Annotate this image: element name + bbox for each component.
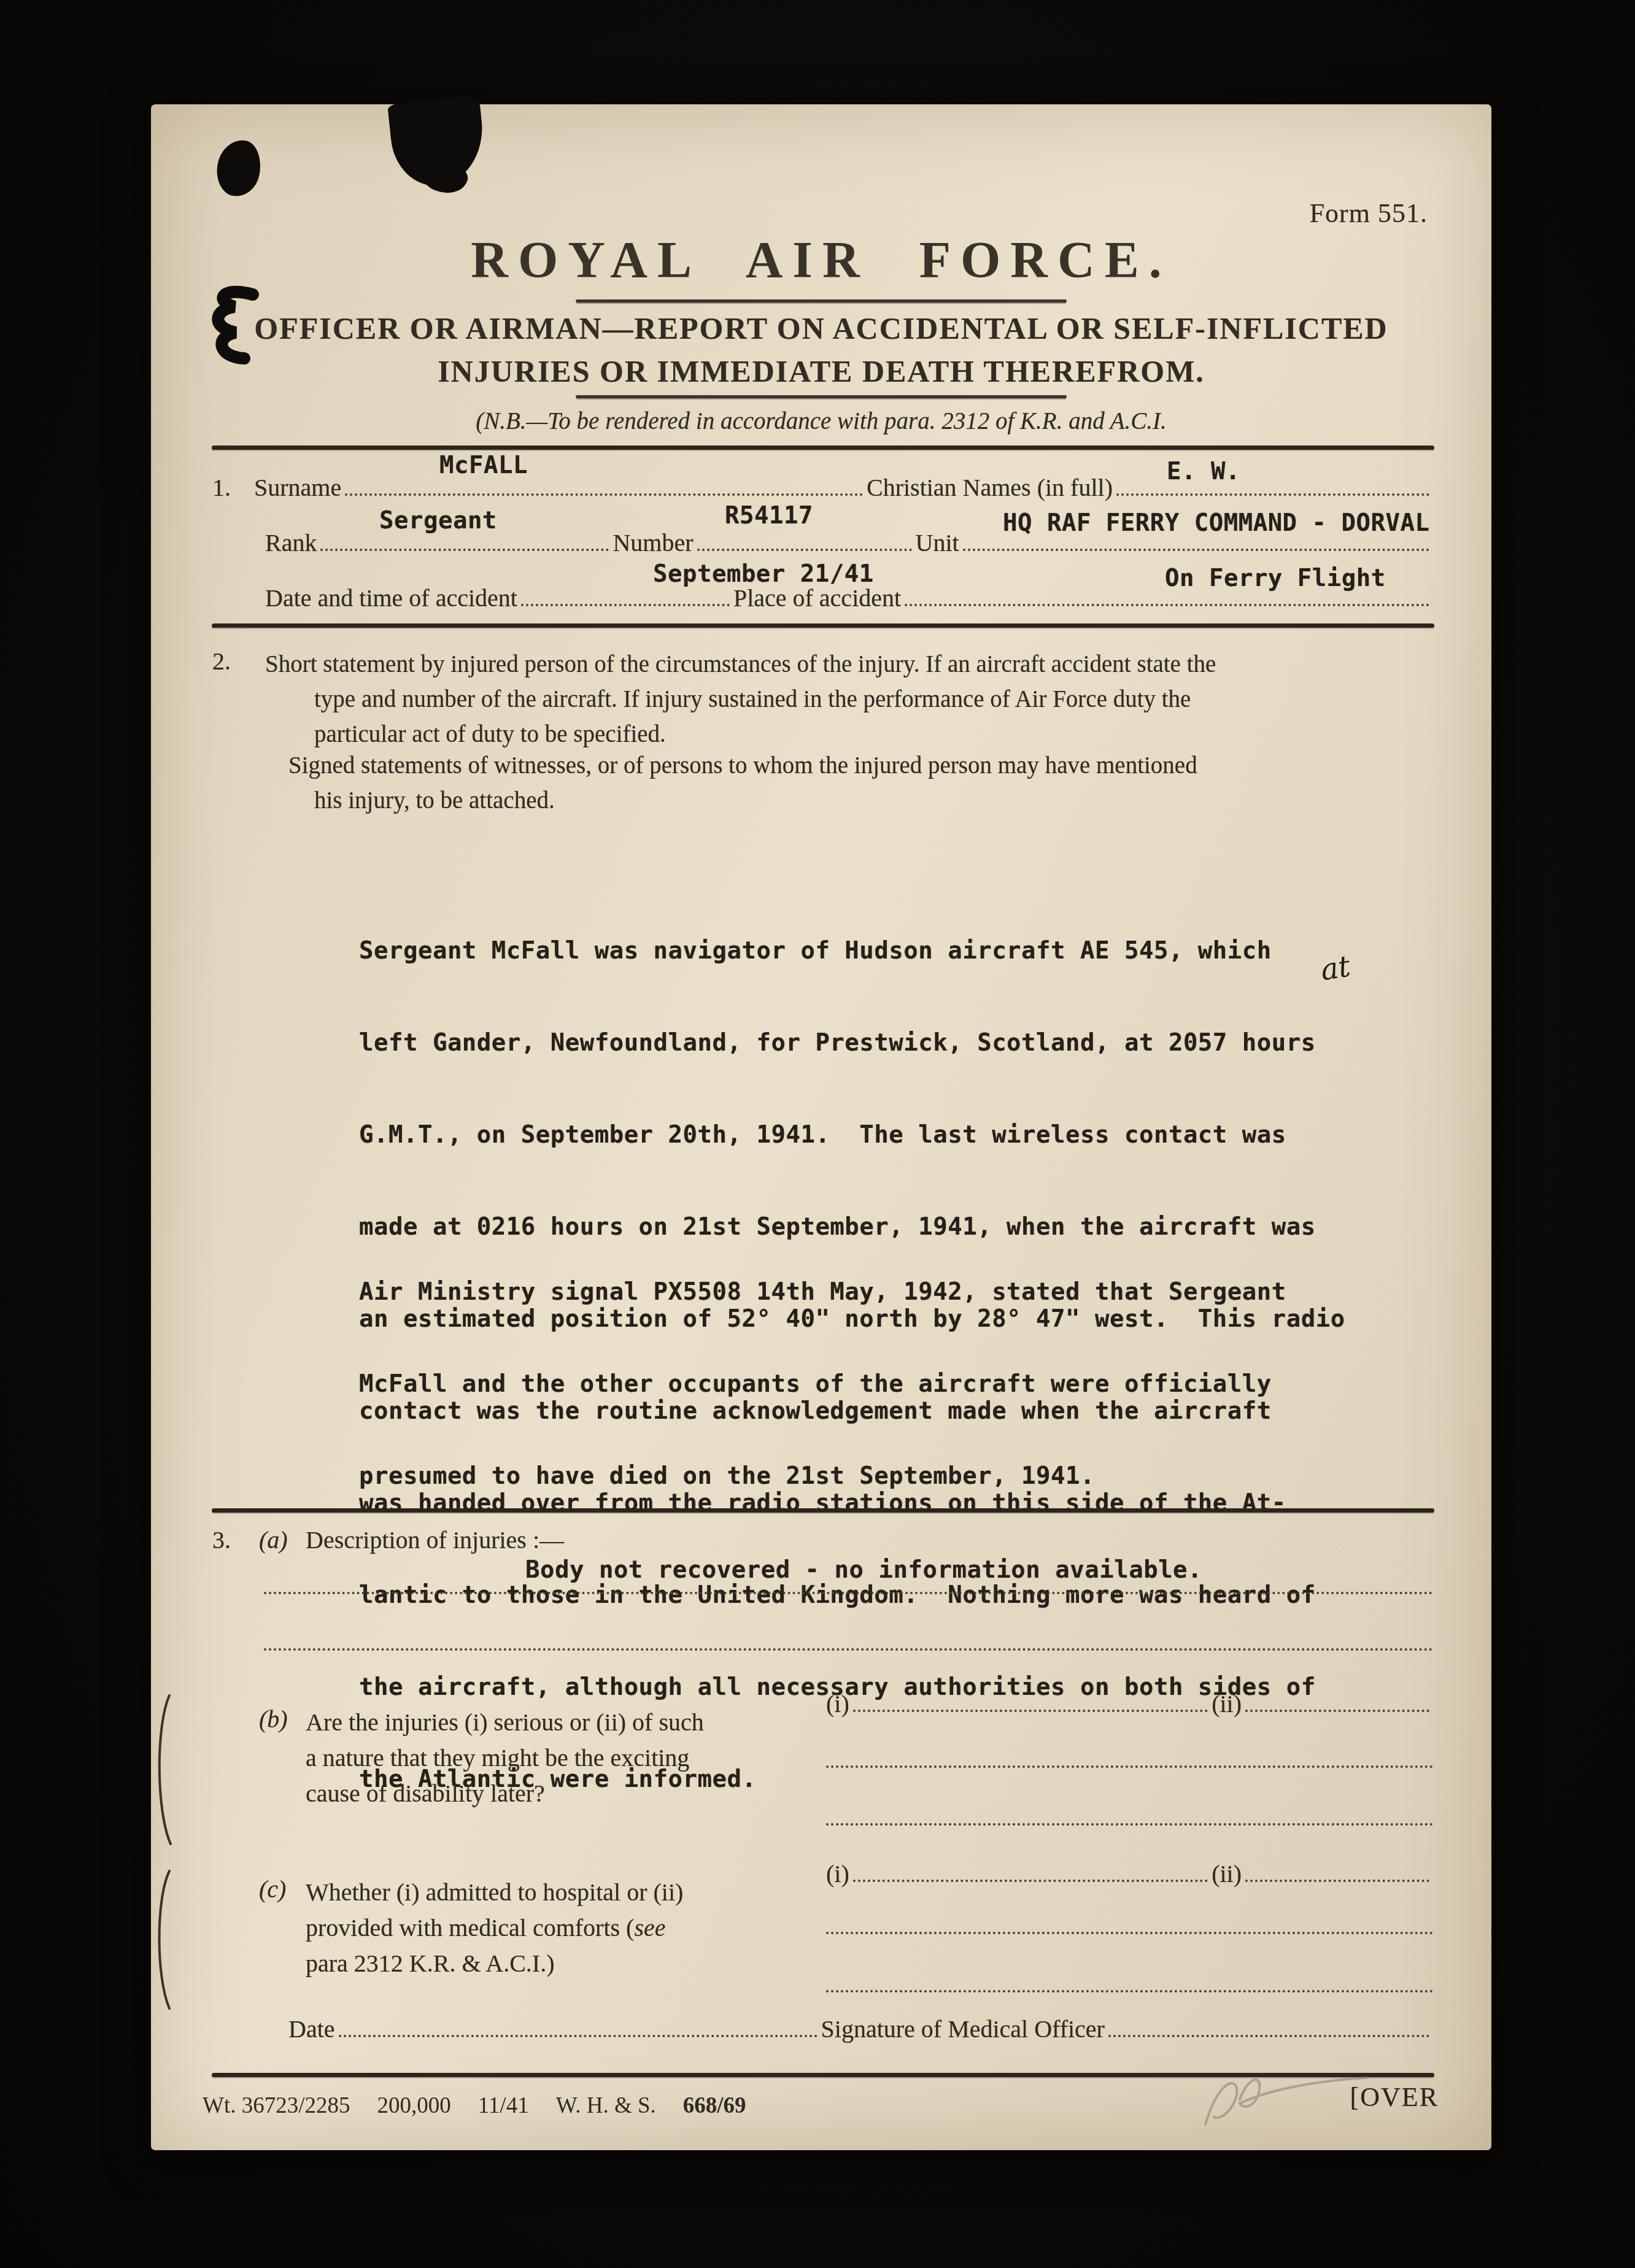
form-551-document: Form 551. ROYAL AIR FORCE. OFFICER OR AI…	[151, 104, 1491, 2150]
question-line-text: provided with medical comforts (	[306, 1914, 634, 1942]
dotted-field-line	[320, 549, 609, 551]
title-underline	[576, 299, 1067, 303]
statement-line: presumed to have died on the 21st Septem…	[359, 1461, 1286, 1492]
roman-i-label: (i)	[826, 1691, 849, 1718]
subtitle-underline	[576, 395, 1067, 398]
medical-officer-signature-label: Signature of Medical Officer	[821, 2016, 1105, 2043]
surname-row: 1. Surname Christian Names (in full)	[212, 472, 1433, 502]
christian-names-label: Christian Names (in full)	[867, 474, 1113, 502]
dotted-field-line	[264, 1592, 1433, 1594]
dotted-field-line	[905, 604, 1429, 606]
roman-i-label: (i)	[826, 1861, 849, 1888]
statement-line: Air Ministry signal PX5508 14th May, 194…	[359, 1277, 1286, 1308]
question-line: a nature that they might be the exciting	[306, 1740, 840, 1776]
answer-brace	[151, 1869, 173, 2010]
dotted-field-line	[826, 1765, 1433, 1768]
injuries-value: Body not recovered - no information avai…	[525, 1556, 1202, 1584]
statement-line: McFall and the other occupants of the ai…	[359, 1369, 1286, 1400]
section3b-label: (b)	[259, 1705, 288, 1734]
statement-line: G.M.T., on September 20th, 1941. The las…	[359, 1120, 1345, 1151]
dotted-field-line	[264, 1648, 1433, 1651]
form-subtitle-line1: OFFICER OR AIRMAN—REPORT ON ACCIDENTAL O…	[151, 310, 1491, 346]
section3a-label: (a)	[259, 1525, 288, 1554]
question-line: cause of disability later?	[306, 1776, 840, 1811]
statement-line: lantic to those in the United Kingdom. N…	[359, 1580, 1345, 1611]
ink-blot-icon	[213, 137, 265, 200]
section3c-label: (c)	[259, 1875, 286, 1903]
section2-instructions: Short statement by injured person of the…	[265, 647, 1437, 752]
imprint-part: 11/41	[478, 2092, 529, 2119]
pencil-scribble-icon	[1188, 2065, 1372, 2139]
signature-row: Date Signature of Medical Officer	[288, 2014, 1433, 2043]
dotted-field-line	[853, 1710, 1208, 1712]
accident-place-label: Place of accident	[733, 585, 901, 612]
instruction-line: type and number of the aircraft. If inju…	[314, 682, 1437, 717]
dotted-field-line	[1108, 2035, 1429, 2037]
handwritten-insertion: at	[1318, 949, 1353, 988]
horizontal-rule	[212, 445, 1434, 450]
surname-label: Surname	[254, 474, 341, 502]
dotted-field-line	[1116, 493, 1429, 496]
question-line: Whether (i) admitted to hospital or (ii)	[306, 1875, 840, 1910]
statement-line: left Gander, Newfoundland, for Prestwick…	[359, 1028, 1345, 1059]
service-number-value: R54117	[725, 502, 813, 530]
instruction-line: his injury, to be attached.	[314, 783, 1197, 818]
instruction-line: Signed statements of witnesses, or of pe…	[288, 748, 1197, 783]
surname-value: McFALL	[439, 452, 528, 479]
number-label: Number	[613, 530, 693, 557]
typed-statement-paragraph-2: Air Ministry signal PX5508 14th May, 194…	[359, 1216, 1286, 1553]
answer-brace	[151, 1694, 173, 1846]
dotted-field-line	[339, 2035, 817, 2037]
scan-background: Form 551. ROYAL AIR FORCE. OFFICER OR AI…	[0, 0, 1635, 2268]
question-line-emphasis: see	[634, 1914, 665, 1942]
dotted-field-line	[826, 1990, 1433, 1992]
question-line: provided with medical comforts (see	[306, 1910, 840, 1946]
dotted-field-line	[826, 1823, 1433, 1826]
rank-value: Sergeant	[379, 507, 497, 534]
page-title: ROYAL AIR FORCE.	[151, 231, 1491, 290]
statement-line: Sergeant McFall was navigator of Hudson …	[359, 936, 1345, 966]
roman-ii-label: (ii)	[1212, 1691, 1242, 1718]
section1-number: 1.	[212, 473, 231, 502]
imprint-part: Wt. 36723/2285	[203, 2092, 350, 2119]
horizontal-rule	[212, 623, 1434, 628]
section3c-answer-row: (i) (ii)	[826, 1860, 1433, 1888]
dotted-field-line	[1245, 1710, 1429, 1712]
section2-number: 2.	[212, 647, 231, 676]
form-subtitle-line2: INJURIES OR IMMEDIATE DEATH THEREFROM.	[151, 353, 1491, 389]
imprint-part: 200,000	[377, 2092, 450, 2119]
dotted-field-line	[521, 604, 730, 606]
dotted-field-line	[853, 1880, 1208, 1882]
dotted-field-line	[1245, 1880, 1429, 1882]
unit-label: Unit	[916, 530, 959, 557]
dotted-field-line	[963, 549, 1429, 551]
christian-names-value: E. W.	[1167, 458, 1240, 485]
imprint-part: 668/69	[683, 2092, 746, 2119]
nb-note: (N.B.—To be rendered in accordance with …	[151, 407, 1491, 435]
instruction-line: particular act of duty to be specified.	[314, 717, 1437, 752]
dotted-field-line	[826, 1932, 1433, 1934]
over-marker: [OVER	[1350, 2081, 1439, 2113]
dotted-field-line	[697, 549, 912, 551]
form-number: Form 551.	[1310, 198, 1428, 229]
question-line: para 2312 K.R. & A.C.I.)	[306, 1946, 840, 1981]
witness-instructions: Signed statements of witnesses, or of pe…	[288, 748, 1197, 818]
unit-value: HQ RAF FERRY COMMAND - DORVAL	[1003, 509, 1429, 537]
horizontal-rule	[212, 1508, 1434, 1513]
description-of-injuries-label: Description of injuries :—	[306, 1525, 564, 1554]
accident-place-value: On Ferry Flight	[1165, 565, 1386, 592]
section3-number: 3.	[212, 1525, 231, 1554]
section3b-question: Are the injuries (i) serious or (ii) of …	[306, 1705, 840, 1811]
imprint-part: W. H. & S.	[556, 2092, 656, 2119]
roman-ii-label: (ii)	[1212, 1861, 1242, 1888]
rank-label: Rank	[265, 530, 317, 557]
section3c-question: Whether (i) admitted to hospital or (ii)…	[306, 1875, 840, 1981]
accident-date-value: September 21/41	[653, 560, 874, 588]
dotted-field-line	[345, 493, 863, 496]
print-imprint: Wt. 36723/2285 200,000 11/41 W. H. & S. …	[203, 2092, 746, 2119]
question-line: Are the injuries (i) serious or (ii) of …	[306, 1705, 840, 1740]
accident-date-label: Date and time of accident	[265, 585, 517, 612]
section3b-answer-row: (i) (ii)	[826, 1690, 1433, 1718]
date-label: Date	[288, 2016, 335, 2043]
instruction-line: Short statement by injured person of the…	[265, 647, 1437, 682]
